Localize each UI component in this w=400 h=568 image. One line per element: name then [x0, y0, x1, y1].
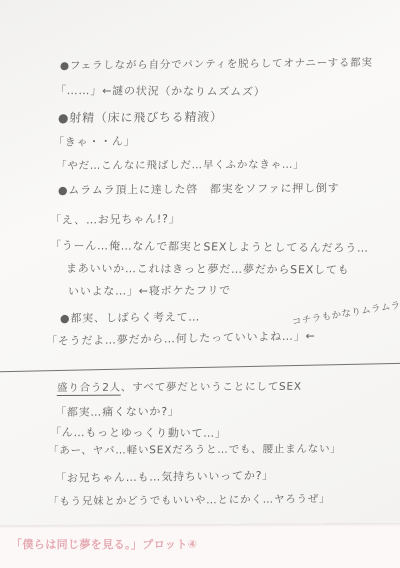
underlined-phrase: 盛り合う2人 — [57, 382, 121, 396]
handwritten-line: ●都実、しばらく考えて… — [60, 309, 201, 326]
handwritten-line: ●ムラムラ頂上に達した啓 都実をソファに押し倒す — [58, 180, 340, 198]
handwritten-line: ●射精（床に飛びちる精液） — [58, 108, 223, 126]
handwritten-line: 「きゃ・・ん」 — [53, 133, 136, 150]
handwritten-line: 「え、…お兄ちゃん!?」 — [50, 210, 181, 228]
handwritten-line: 「あー、ヤバ…軽いSEXだろうと…でも、腰止まんない」 — [48, 441, 342, 458]
line-rest: 、すべて夢だということにしてSEX — [121, 381, 302, 394]
handwritten-line: 「お兄ちゃん…も…気持ちいいってか?」 — [55, 467, 274, 486]
handwritten-line: 「……」←謎の状況（かなりムズムズ） — [55, 82, 266, 99]
handwritten-line: いいよな…」←寝ボケたフリで — [68, 282, 231, 299]
handwritten-line: 「うーん…俺…なんで都実とSEXしようとしてるんだろう… — [50, 237, 370, 256]
handwritten-line: 「ん…もっとゆっくり動いて…」 — [50, 424, 228, 441]
handwritten-line: 「やだ…こんなに飛ばしだ…早くふかなきゃ…」 — [56, 157, 305, 173]
handwritten-line: 「もう兄妹とかどうでもいいや…とにかく…ヤろうぜ」 — [48, 491, 331, 509]
handwritten-line: 「都実…痛くないか?」 — [55, 403, 180, 420]
photo-of-handwritten-note: ●フェラしながら自分でパンティを脱らしてオナニーする都実 「……」←謎の状況（か… — [0, 0, 400, 568]
handwritten-line: まあいいか…これはきっと夢だ…夢だからSEXしても — [66, 260, 350, 277]
handwritten-line: 盛り合う2人、すべて夢だということにしてSEX — [57, 379, 302, 395]
caption-title: 「僕らは同じ夢を見る。」プロット④ — [11, 536, 197, 552]
